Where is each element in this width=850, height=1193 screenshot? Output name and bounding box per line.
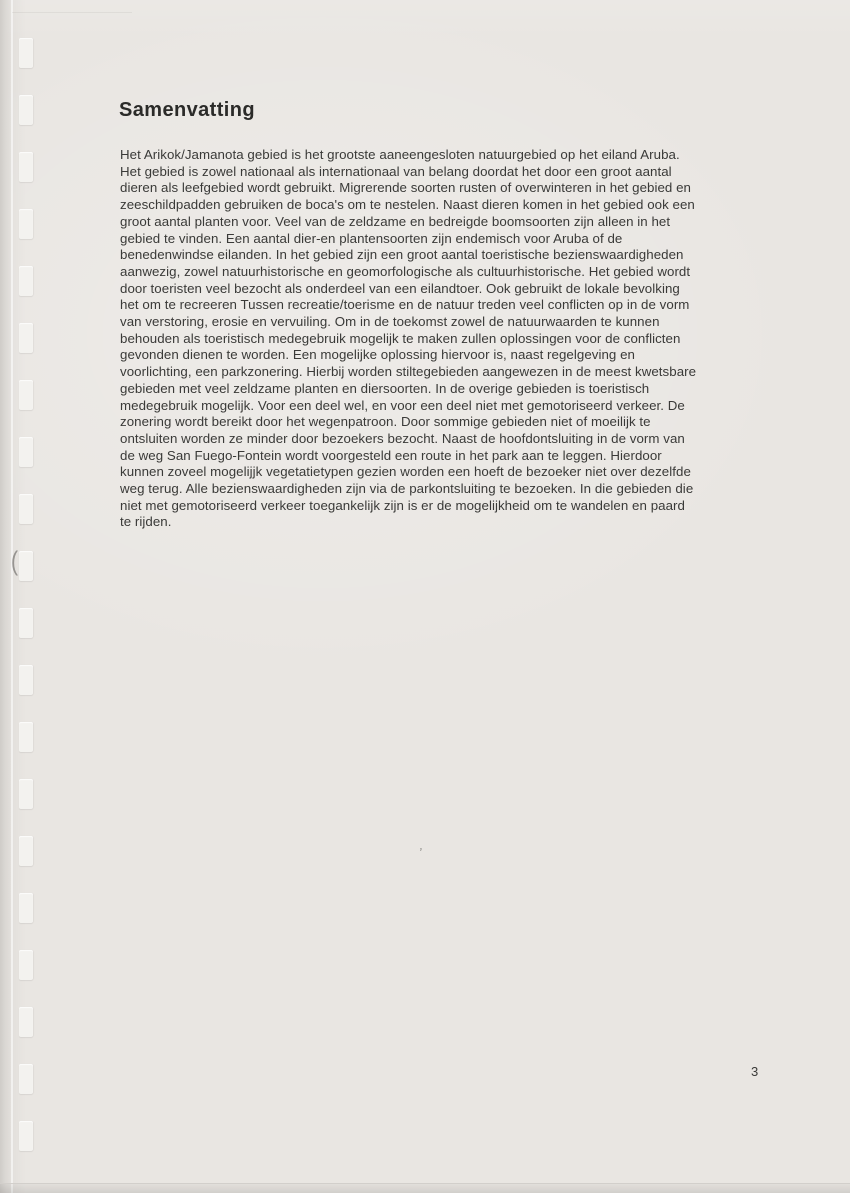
binding-hole [19,950,33,980]
paragraph-line: ontsluiten worden ze minder door bezoeke… [120,431,780,448]
paragraph-line: het om te recreeren Tussen recreatie/toe… [120,297,780,314]
binding-hole [19,266,33,296]
paragraph-line: Het Arikok/Jamanota gebied is het groots… [120,147,780,164]
paragraph-line: Het gebied is zowel nationaal als intern… [120,164,780,181]
paragraph-line: behouden als toeristisch medegebruik mog… [120,331,780,348]
binding-holes [19,38,33,1151]
paragraph-line: van verstoring, erosie en vervuiling. Om… [120,314,780,331]
paragraph-line: weg terug. Alle bezienswaardigheden zijn… [120,481,780,498]
paragraph-line: aanwezig, zowel natuurhistorische en geo… [120,264,780,281]
paragraph-line: gebied te vinden. Een aantal dier-en pla… [120,231,780,248]
paragraph-line: de weg San Fuego-Fontein wordt voorgeste… [120,448,780,465]
scan-paren-mark: ( [11,546,18,577]
scanned-document-page: ( ’ Samenvatting Het Arikok/Jamanota geb… [0,0,850,1193]
scan-bottom-edge-shadow [0,1183,850,1193]
binding-hole [19,38,33,68]
binding-hole [19,95,33,125]
scan-speck-mark: ’ [418,845,423,860]
binding-hole [19,209,33,239]
summary-paragraph: Het Arikok/Jamanota gebied is het groots… [120,147,780,531]
page-title: Samenvatting [119,99,255,122]
scan-top-edge-line [12,12,132,13]
binding-hole [19,665,33,695]
binding-hole [19,1121,33,1151]
paragraph-line: zonering wordt bereikt door het wegenpat… [120,414,780,431]
paragraph-line: gevonden dienen te worden. Een mogelijke… [120,347,780,364]
paragraph-line: te rijden. [120,514,780,531]
binding-hole [19,494,33,524]
paragraph-line: zeeschildpadden gebruiken de boca's om t… [120,197,780,214]
binding-hole [19,1064,33,1094]
scan-left-edge-shadow [0,0,11,1193]
binding-hole [19,836,33,866]
paragraph-line: dieren als leefgebied wordt gebruikt. Mi… [120,180,780,197]
page-number: 3 [751,1064,758,1079]
binding-hole [19,323,33,353]
paragraph-line: benedenwindse eilanden. In het gebied zi… [120,247,780,264]
binding-hole [19,437,33,467]
paragraph-line: niet met gemotoriseerd verkeer toegankel… [120,498,780,515]
binding-hole [19,1007,33,1037]
paragraph-line: medegebruik mogelijk. Voor een deel wel,… [120,398,780,415]
paragraph-line: voorlichting, een parkzonering. Hierbij … [120,364,780,381]
binding-hole [19,608,33,638]
paragraph-line: kunnen zoveel mogelijjk vegetatietypen g… [120,464,780,481]
paragraph-line: door toeristen veel bezocht als onderdee… [120,281,780,298]
binding-hole [19,779,33,809]
paragraph-line: gebieden met veel zeldzame planten en di… [120,381,780,398]
binding-hole [19,722,33,752]
paragraph-line: groot aantal planten voor. Veel van de z… [120,214,780,231]
binding-hole [19,551,33,581]
binding-hole [19,152,33,182]
binding-hole [19,893,33,923]
binding-hole [19,380,33,410]
scan-left-edge-highlight [11,0,13,1193]
